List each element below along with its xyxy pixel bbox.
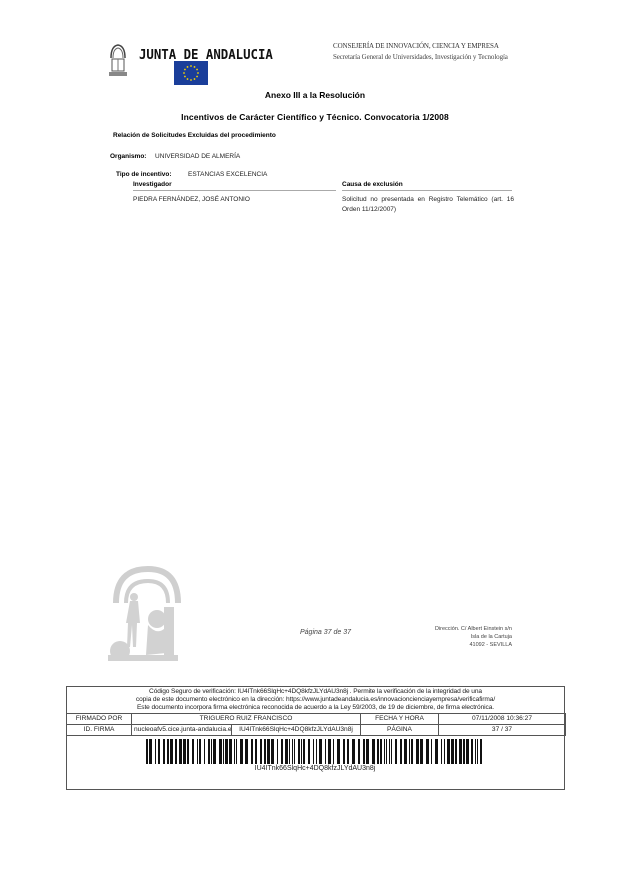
signed-by-label: FIRMADO POR xyxy=(67,714,132,725)
organism-label: Organismo: xyxy=(110,153,146,160)
column-header-investigador: Investigador xyxy=(133,181,336,191)
signed-by-value: TRIGUERO RUIZ FRANCISCO xyxy=(132,714,361,725)
incentive-type-label: Tipo de incentivo: xyxy=(116,171,172,178)
page-number: Página 37 de 37 xyxy=(300,629,351,636)
date-label: FECHA Y HORA xyxy=(361,714,439,725)
address-block: Dirección. C/ Albert Einstein s/n Isla d… xyxy=(400,625,512,649)
table-cell-investigador: PIEDRA FERNÁNDEZ, JOSÉ ANTONIO xyxy=(133,195,250,205)
page-label: PÁGINA xyxy=(361,725,439,736)
verification-text: Código Seguro de verificación: IU4ITnk66… xyxy=(67,688,564,712)
page-value: 37 / 37 xyxy=(439,725,566,736)
incentive-type-value: ESTANCIAS EXCELENCIA xyxy=(188,171,267,178)
address-line: 41092 - SEVILLA xyxy=(400,641,512,649)
id-label: ID. FIRMA xyxy=(67,725,132,736)
address-line: Isla de la Cartuja xyxy=(400,633,512,641)
verification-line: Código Seguro de verificación: IU4ITnk66… xyxy=(67,688,564,696)
secretariat-name: Secretaría General de Universidades, Inv… xyxy=(333,53,508,61)
table-cell-causa: Solicitud no presentada en Registro Tele… xyxy=(342,195,514,215)
junta-watermark-icon xyxy=(104,563,184,665)
document-subtitle: Incentivos de Carácter Científico y Técn… xyxy=(0,112,630,122)
id-code: IU4ITnk66SlqHc+4DQ8kfzJLYdAU3n8j xyxy=(232,725,361,736)
barcode-icon xyxy=(146,739,484,764)
section-heading: Relación de Solicitudes Excluidas del pr… xyxy=(113,132,276,139)
junta-crest-icon xyxy=(108,42,128,78)
address-line: Dirección. C/ Albert Einstein s/n xyxy=(400,625,512,633)
verification-line: Este documento incorpora firma electróni… xyxy=(67,704,564,712)
signature-table: FIRMADO POR TRIGUERO RUIZ FRANCISCO FECH… xyxy=(66,713,566,736)
ministry-name: CONSEJERÍA DE INNOVACIÓN, CIENCIA Y EMPR… xyxy=(333,42,499,50)
id-server: nucleoafv5.cice.junta-andalucia.es xyxy=(132,725,232,736)
eu-flag-icon xyxy=(174,61,208,85)
verification-line: copia de este documento electrónico en l… xyxy=(67,696,564,704)
date-value: 07/11/2008 10:36:27 xyxy=(439,714,566,725)
table-row: ID. FIRMA nucleoafv5.cice.junta-andaluci… xyxy=(67,725,566,736)
barcode-text: IU4ITnk66SlqHc+4DQ8kfzJLYdAU3n8j xyxy=(0,765,630,772)
column-header-causa: Causa de exclusión xyxy=(342,181,512,191)
organism-value: UNIVERSIDAD DE ALMERÍA xyxy=(155,153,240,160)
table-row: FIRMADO POR TRIGUERO RUIZ FRANCISCO FECH… xyxy=(67,714,566,725)
document-title: Anexo III a la Resolución xyxy=(0,90,630,100)
